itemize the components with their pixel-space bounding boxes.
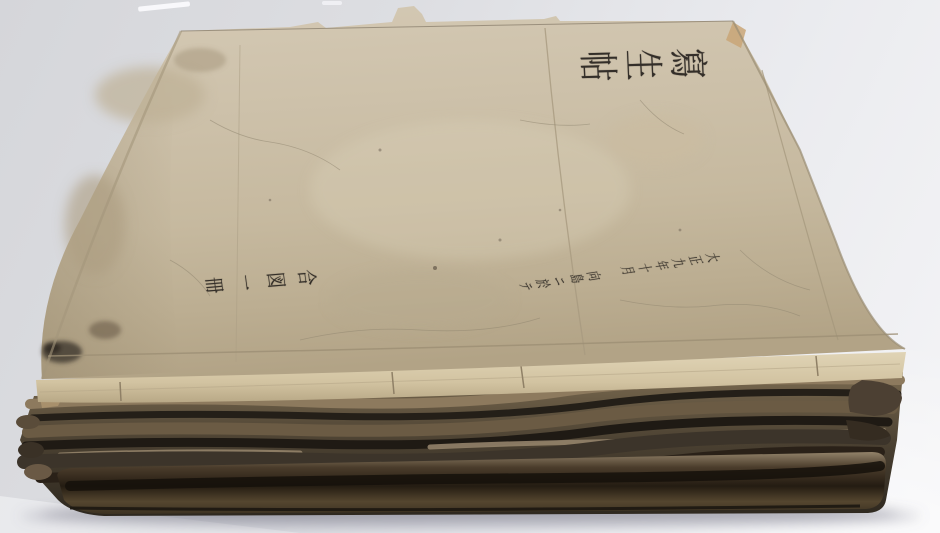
top-cover	[41, 6, 905, 379]
book-stack-illustration	[0, 0, 940, 533]
paper-scraps	[138, 1, 342, 12]
photo-canvas: 寫生帖 大正九年十月 向島ニ於テ 合図一冊	[0, 0, 940, 533]
